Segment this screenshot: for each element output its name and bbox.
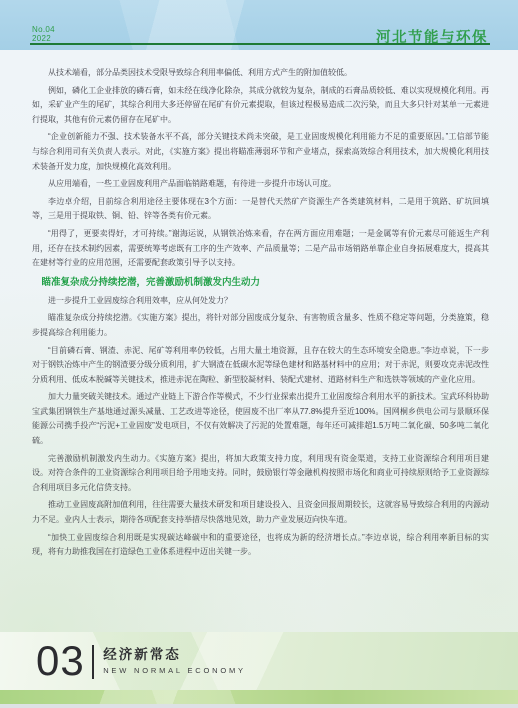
article-body-area: 从技术端看，部分品类因技术受限导致综合利用率偏低、利用方式产生的附加值较低。 例… [0,50,518,632]
article-paragraph: “企业创新能力不强、技术装备水平不高，部分关键技术尚未突破，是工业固废规模化利用… [32,130,489,174]
article-paragraph: 瞄准复杂成分持续挖潜。《实施方案》提出，将针对部分固废成分复杂、有害物质含量多、… [32,311,489,340]
page-header: No.04 2022 河北节能与环保 [0,0,518,50]
page-bottom-edge [0,704,518,708]
article-paragraph: 例如，磷化工企业排放的磷石膏，如未经在线净化除杂，其成分就较为复杂，制成的石膏品… [32,84,489,128]
section-title-en: NEW NORMAL ECONOMY [103,666,246,675]
magazine-page: No.04 2022 河北节能与环保 从技术端看，部分品类因技术受限导致综合利用… [0,0,518,708]
page-footer: 03 经济新常态 NEW NORMAL ECONOMY [0,632,518,708]
section-title-cn: 经济新常态 [103,647,246,663]
footer-band: 03 经济新常态 NEW NORMAL ECONOMY [0,632,518,690]
section-heading: 瞄准复杂成分持续挖潜，完善激励机制激发内生动力 [32,276,489,290]
article-paragraph: 从应用端看，一些工业固废利用产品面临销路难题，有待进一步提升市场认可度。 [32,177,489,192]
issue-year: 2022 [32,34,55,43]
article-paragraph: 加大力量突破关键技术。通过产业链上下游合作等模式，不少行业探索出提升工业固废综合… [32,390,489,448]
article-paragraph: 李边卓介绍，目前综合利用途径主要体现在3个方面：一是替代天然矿产资源生产各类建筑… [32,195,489,224]
article: 从技术端看，部分品类因技术受限导致综合利用率偏低、利用方式产生的附加值较低。 例… [32,66,489,563]
footer-green-strip [0,690,518,704]
article-paragraph: 从技术端看，部分品类因技术受限导致综合利用率偏低、利用方式产生的附加值较低。 [32,66,489,81]
article-paragraph: 推动工业固废高附加值利用，往往需要大量技术研发和项目建设投入、且资金回报周期较长… [32,498,489,527]
page-number: 03 [36,641,85,681]
footer-divider [92,645,95,679]
footer-content: 03 经济新常态 NEW NORMAL ECONOMY [36,641,246,681]
article-paragraph: “加快工业固废综合利用既是实现碳达峰碳中和的重要途径，也将成为新的经济增长点。”… [32,531,489,560]
header-rule [30,43,490,45]
article-paragraph: “用得了，更要卖得好，才可持续。”谢海运说，从钢铁冶炼来看，存在两方面应用难题；… [32,227,489,271]
issue-number: No.04 [32,25,55,34]
article-paragraph: 完善激励机制激发内生动力。《实施方案》提出，将加大政策支持力度，利用现有资金渠道… [32,452,489,496]
footer-titles: 经济新常态 NEW NORMAL ECONOMY [103,647,246,675]
article-paragraph: 进一步提升工业固废综合利用效率，应从何处发力？ [32,294,489,309]
issue-info: No.04 2022 [32,25,55,43]
article-paragraph: “目前磷石膏、钢渣、赤泥、尾矿等利用率仍较低，占用大量土地资源，且存在较大的生态… [32,344,489,388]
